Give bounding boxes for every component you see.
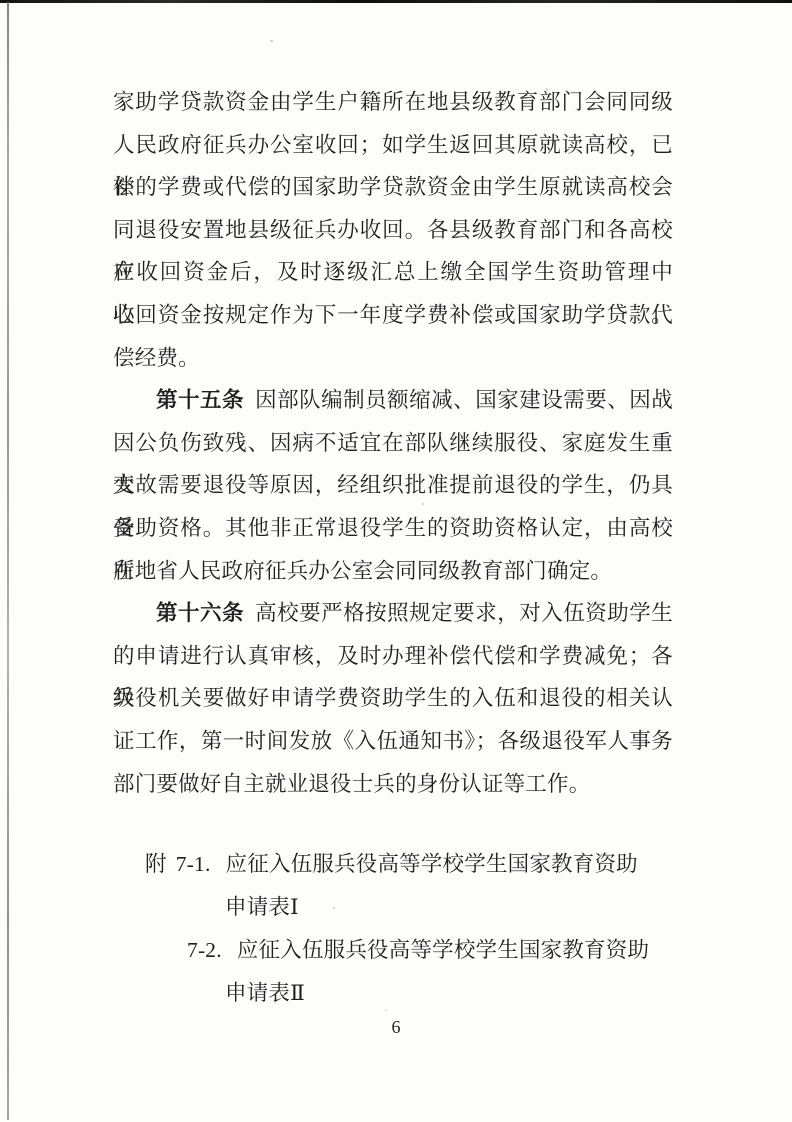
attachment-item-2-line-1: 7-2.应征入伍服兵役高等学校学生国家教育资助: [145, 929, 725, 972]
body-line: 人民政府征兵办公室收回；如学生返回其原就读高校，已补: [113, 124, 673, 167]
body-line: 证工作，第一时间发放《入伍通知书》；各级退役军人事务: [113, 720, 673, 763]
body-line: 在收回资金后，及时逐级汇总上缴全国学生资助管理中心。: [113, 251, 673, 294]
attachment-title: 应征入伍服兵役高等学校学生国家教育资助: [237, 938, 649, 962]
attachment-item-2-line-2: 申请表Ⅱ: [145, 972, 725, 1015]
attachment-number: 7-1.: [176, 852, 211, 876]
body-line: 变故需要退役等原因，经组织批准提前退役的学生，仍具备: [113, 464, 673, 507]
scanned-document-page: 家助学贷款资金由学生户籍所在地县级教育部门会同同级 人民政府征兵办公室收回；如学…: [0, 0, 792, 1122]
body-line: 偿的学费或代偿的国家助学贷款资金由学生原就读高校会: [113, 166, 673, 209]
scan-speck: [270, 40, 273, 42]
body-line: 收回资金按规定作为下一年度学费补偿或国家助学贷款代: [113, 294, 673, 337]
article-text: 高校要严格按照规定要求，对入伍资助学生: [255, 601, 673, 625]
body-line: 因公负伤致残、因病不适宜在部队继续服役、家庭发生重大: [113, 422, 673, 465]
document-body: 家助学贷款资金由学生户籍所在地县级教育部门会同同级 人民政府征兵办公室收回；如学…: [113, 81, 673, 805]
article-number-bold: 第十五条: [156, 388, 244, 412]
attachment-list: 附7-1.应征入伍服兵役高等学校学生国家教育资助 申请表Ⅰ 7-2.应征入伍服兵…: [145, 843, 725, 1015]
page-number: 6: [0, 1017, 792, 1038]
body-line: 在地省人民政府征兵办公室会同同级教育部门确定。: [113, 550, 673, 593]
body-line: 偿经费。: [113, 337, 673, 380]
body-line: 部门要做好自主就业退役士兵的身份认证等工作。: [113, 763, 673, 806]
body-line: 受助资格。其他非正常退役学生的资助资格认定，由高校所: [113, 507, 673, 550]
body-line-article-15: 第十五条因部队编制员额缩减、国家建设需要、因战: [113, 379, 673, 422]
body-line: 同退役安置地县级征兵办收回。各县级教育部门和各高校应: [113, 209, 673, 252]
attachment-item-1-line-1: 附7-1.应征入伍服兵役高等学校学生国家教育资助: [145, 843, 725, 886]
body-line: 兵役机关要做好申请学费资助学生的入伍和退役的相关认: [113, 677, 673, 720]
article-number-bold: 第十六条: [156, 601, 244, 625]
scan-left-edge-line: [7, 2, 9, 1120]
article-text: 因部队编制员额缩减、国家建设需要、因战: [255, 388, 673, 412]
body-line-article-16: 第十六条高校要严格按照规定要求，对入伍资助学生: [113, 592, 673, 635]
attachment-item-1-line-2: 申请表Ⅰ: [145, 886, 725, 929]
attachment-title: 应征入伍服兵役高等学校学生国家教育资助: [226, 852, 638, 876]
scan-top-edge-line: [0, 0, 792, 3]
body-line: 的申请进行认真审核，及时办理补偿代偿和学费减免；各级: [113, 635, 673, 678]
body-line: 家助学贷款资金由学生户籍所在地县级教育部门会同同级: [113, 81, 673, 124]
attachment-number: 7-2.: [187, 938, 222, 962]
attachment-label: 附: [145, 852, 167, 876]
